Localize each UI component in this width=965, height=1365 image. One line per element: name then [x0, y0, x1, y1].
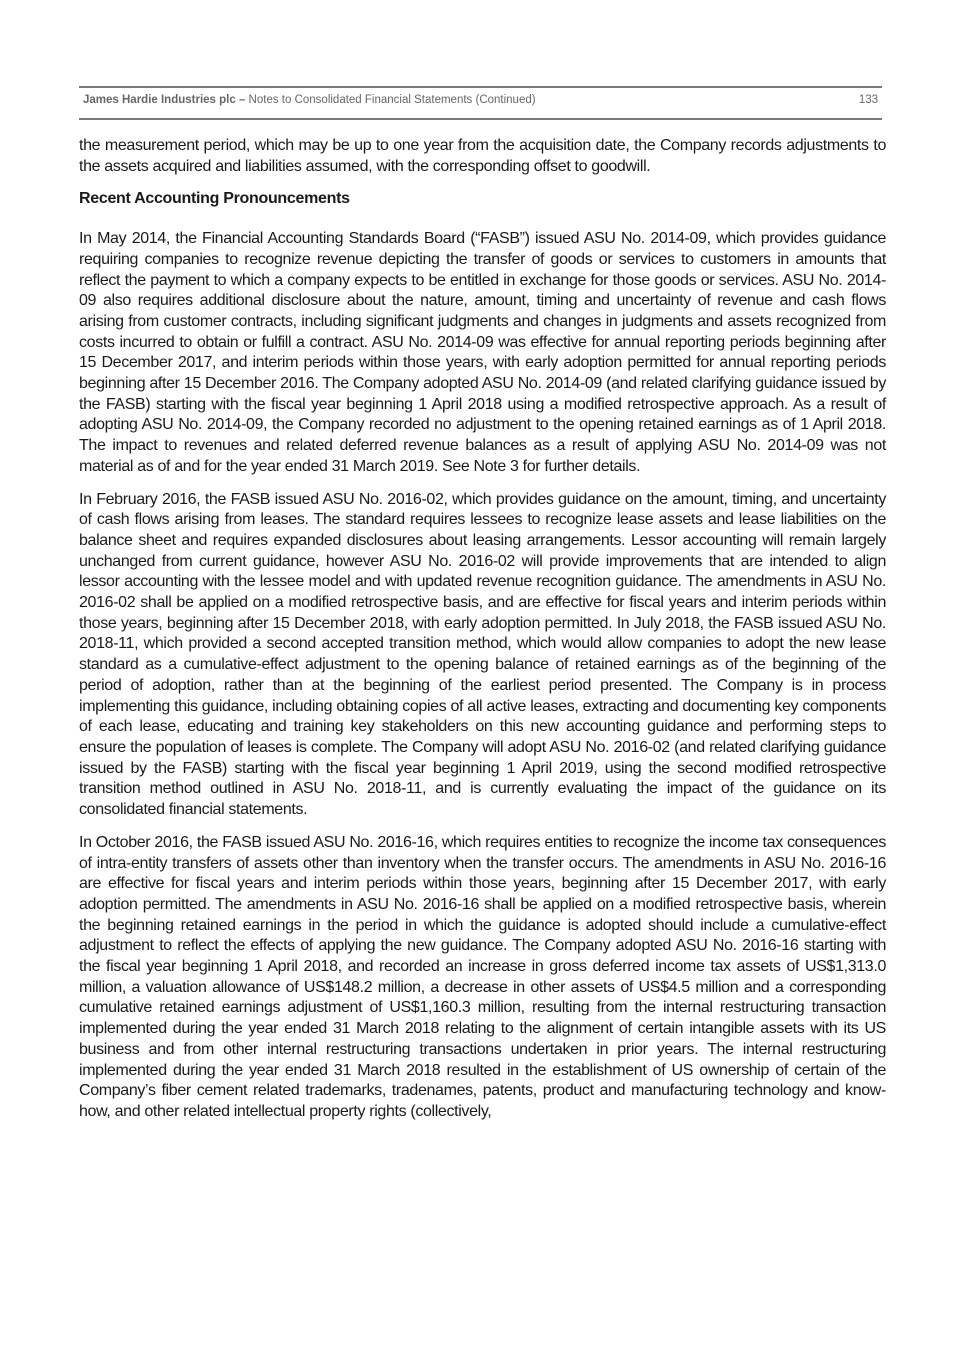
document-body: the measurement period, which may be up …: [79, 136, 886, 1135]
running-header: James Hardie Industries plc – Notes to C…: [83, 94, 878, 114]
header-title: Notes to Consolidated Financial Statemen…: [245, 94, 535, 106]
paragraph-asu-2016-16: In October 2016, the FASB issued ASU No.…: [79, 833, 886, 1123]
header-company: James Hardie Industries plc –: [83, 94, 245, 106]
header-bottom-rule: [79, 118, 882, 120]
intro-paragraph: the measurement period, which may be up …: [79, 136, 886, 177]
page-number: 133: [859, 94, 878, 106]
paragraph-asu-2016-02: In February 2016, the FASB issued ASU No…: [79, 490, 886, 821]
paragraph-asu-2014-09: In May 2014, the Financial Accounting St…: [79, 229, 886, 477]
header-top-rule: [79, 86, 882, 88]
section-heading: Recent Accounting Pronouncements: [79, 189, 886, 210]
